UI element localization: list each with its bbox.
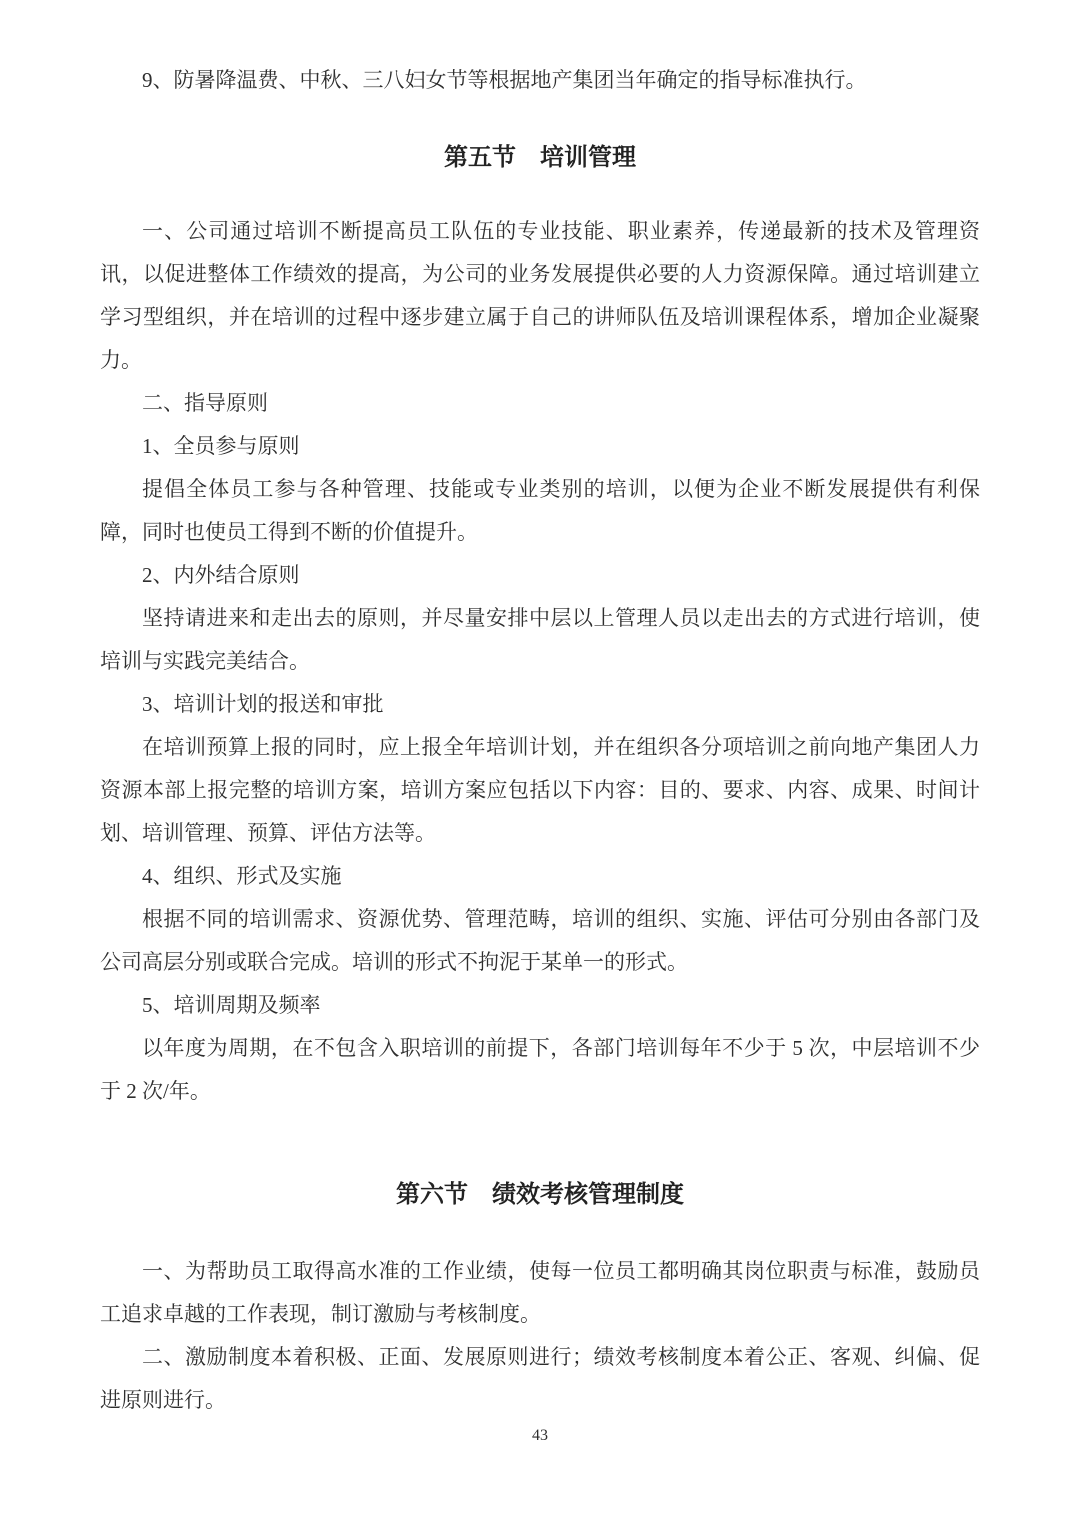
section5-paragraph-full-participation: 提倡全体员工参与各种管理、技能或专业类别的培训，以便为企业不断发展提供有利保障，… <box>100 468 980 554</box>
paragraph-welfare-item-9: 9、防暑降温费、中秋、三八妇女节等根据地产集团当年确定的指导标准执行。 <box>100 59 980 102</box>
section5-paragraph-organization-form: 根据不同的培训需求、资源优势、管理范畴，培训的组织、实施、评估可分别由各部门及公… <box>100 898 980 984</box>
section5-subheading-full-participation: 1、全员参与原则 <box>100 425 980 468</box>
section5-subheading-plan-approval: 3、培训计划的报送和审批 <box>100 683 980 726</box>
section6-paragraph-principles: 二、激励制度本着积极、正面、发展原则进行；绩效考核制度本着公正、客观、纠偏、促进… <box>100 1336 980 1422</box>
section5-subheading-internal-external: 2、内外结合原则 <box>100 554 980 597</box>
section5-paragraph-cycle-frequency: 以年度为周期，在不包含入职培训的前提下，各部门培训每年不少于 5 次，中层培训不… <box>100 1027 980 1113</box>
section5-heading: 第五节 培训管理 <box>100 137 980 180</box>
section6-heading: 第六节 绩效考核管理制度 <box>100 1174 980 1217</box>
document-page: 9、防暑降温费、中秋、三八妇女节等根据地产集团当年确定的指导标准执行。 第五节 … <box>0 0 1080 1527</box>
section5-paragraph-internal-external: 坚持请进来和走出去的原则，并尽量安排中层以上管理人员以走出去的方式进行培训，使培… <box>100 597 980 683</box>
section5-paragraph-plan-approval: 在培训预算上报的同时，应上报全年培训计划，并在组织各分项培训之前向地产集团人力资… <box>100 726 980 855</box>
section6-paragraph-purpose: 一、为帮助员工取得高水准的工作业绩，使每一位员工都明确其岗位职责与标准，鼓励员工… <box>100 1250 980 1336</box>
section5-paragraph-overview: 一、公司通过培训不断提高员工队伍的专业技能、职业素养，传递最新的技术及管理资讯，… <box>100 210 980 382</box>
section5-subheading-organization-form: 4、组织、形式及实施 <box>100 855 980 898</box>
section5-subheading-cycle-frequency: 5、培训周期及频率 <box>100 984 980 1027</box>
page-number: 43 <box>100 1426 980 1446</box>
section5-subheading-guiding-principles: 二、指导原则 <box>100 382 980 425</box>
